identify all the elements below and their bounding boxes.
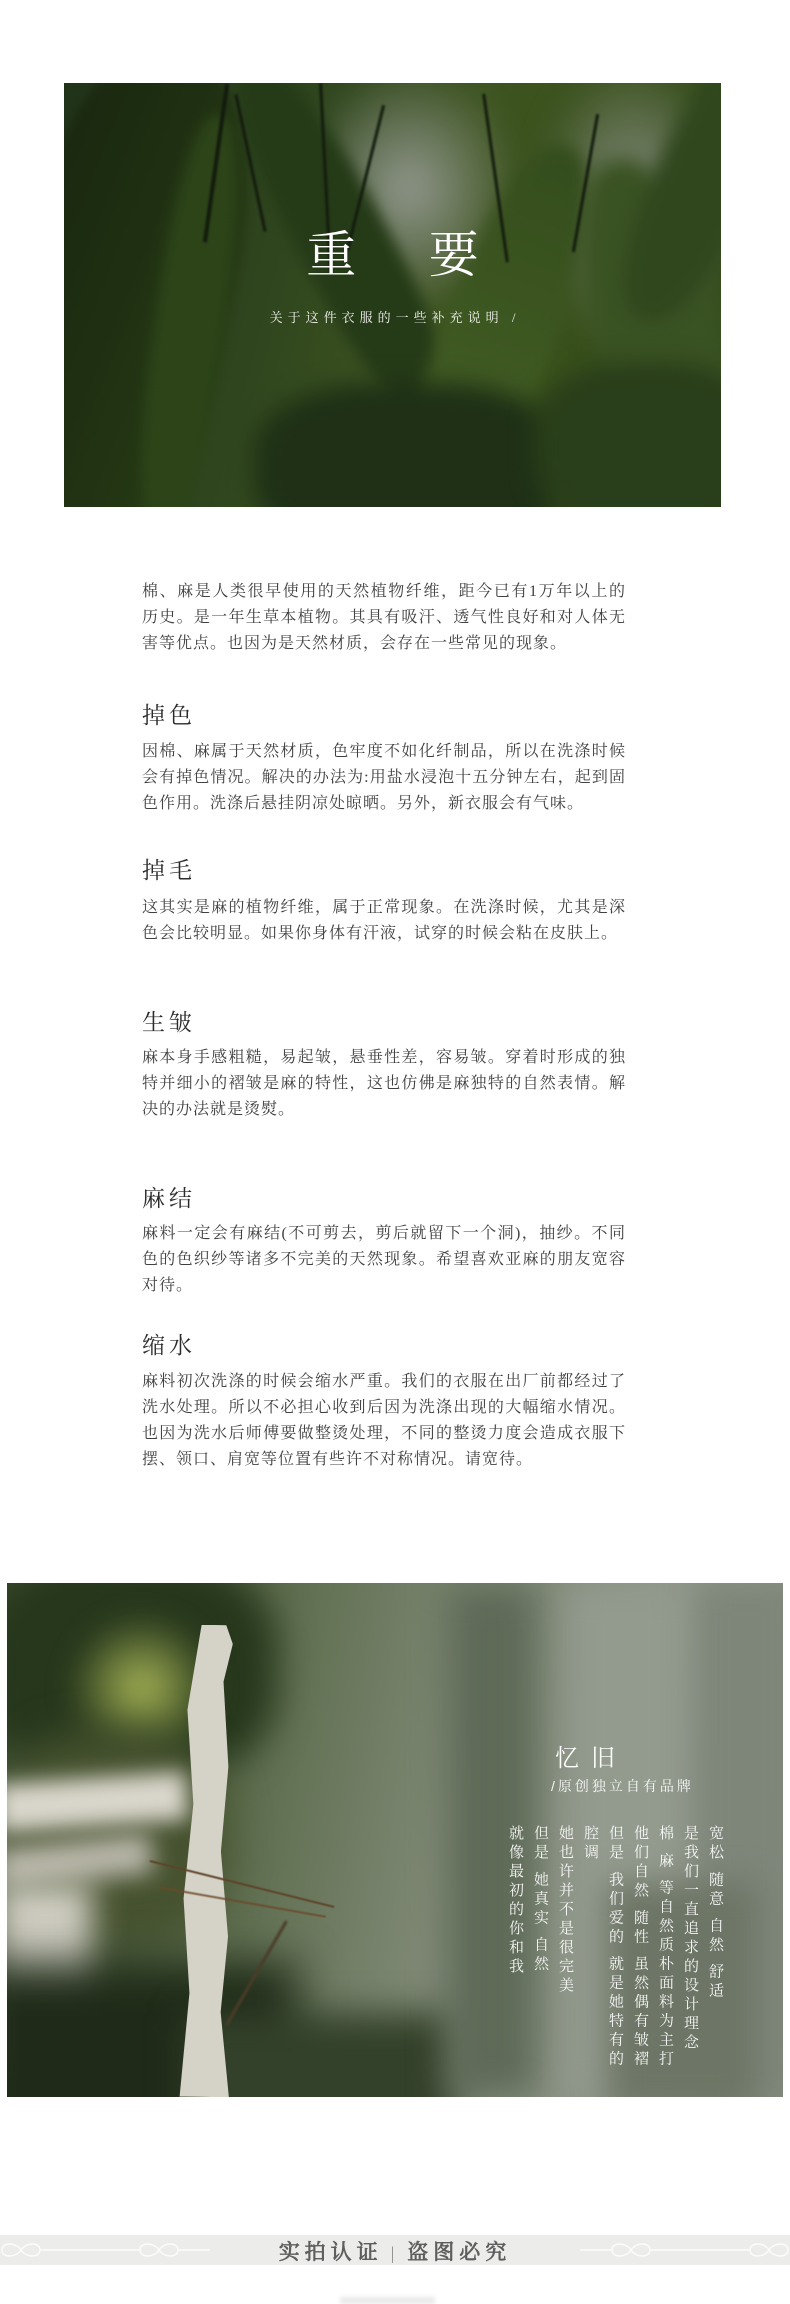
section-body-slub: 麻料一定会有麻结(不可剪去，剪后就留下一个洞)，抽纱。不同色的色织纱等诸多不完美… (142, 1221, 626, 1299)
footer-notice: 实拍认证|盗图必究 (0, 2236, 790, 2266)
section-heading-shrink: 缩水 (142, 1333, 196, 1358)
hero-dark-overlay (64, 83, 721, 507)
vertical-line: 但是 我们爱的 就是她特有的腔调 (578, 1825, 628, 2085)
vertical-line: 是我们一直追求的设计理念 (678, 1825, 703, 2085)
footer-notice-left: 实拍认证 (279, 2240, 383, 2264)
section-heading-wrinkle: 生皱 (142, 1010, 196, 1035)
vertical-line: 就像最初的你和我 (503, 1825, 528, 2085)
brand-tagline: /原创独立自有品牌 (551, 1776, 694, 1796)
footer-separator: | (383, 2243, 408, 2263)
footer-notice-right: 盗图必究 (407, 2240, 511, 2264)
product-detail-page: 重 要 关于这件衣服的一些补充说明 / 棉、麻是人类很早使用的天然植物纤维，距今… (0, 0, 790, 2304)
brand-vertical-poem: 宽松 随意 自然 舒适 是我们一直追求的设计理念 棉 麻 等自然质朴面料为主打 … (503, 1825, 728, 2085)
brand-photo-fencepost: 忆旧 /原创独立自有品牌 宽松 随意 自然 舒适 是我们一直追求的设计理念 棉 … (7, 1583, 783, 2097)
vertical-line: 宽松 随意 自然 舒适 (703, 1825, 728, 2085)
section-body-wrinkle: 麻本身手感粗糙，易起皱，悬垂性差，容易皱。穿着时形成的独特并细小的褶皱是麻的特性… (142, 1045, 626, 1123)
section-body-fading: 因棉、麻属于天然材质，色牢度不如化纤制品，所以在洗涤时候会有掉色情况。解决的办法… (142, 739, 626, 817)
vertical-line: 他们自然 随性 虽然偶有皱褶 (628, 1825, 653, 2085)
vertical-line: 但是 她真实 自然 (528, 1825, 553, 2085)
section-heading-slub: 麻结 (142, 1186, 196, 1211)
section-heading-lint: 掉毛 (142, 858, 196, 883)
brand-logo: 忆旧 (555, 1738, 627, 1773)
hero-title: 重 要 (64, 228, 721, 283)
vertical-line: 她也许并不是很完美 (553, 1825, 578, 2085)
section-body-lint: 这其实是麻的植物纤维，属于正常现象。在洗涤时候，尤其是深色会比较明显。如果你身体… (142, 895, 626, 947)
hero-subtitle: 关于这件衣服的一些补充说明 / (64, 307, 721, 326)
intro-paragraph: 棉、麻是人类很早使用的天然植物纤维，距今已有1万年以上的历史。是一年生草本植物。… (142, 579, 626, 657)
section-heading-fading: 掉色 (142, 703, 196, 728)
cutoff-text-hint (340, 2297, 435, 2304)
section-body-shrink: 麻料初次洗涤的时候会缩水严重。我们的衣服在出厂前都经过了洗水处理。所以不必担心收… (142, 1369, 626, 1473)
hero-photo-cornfield: 重 要 关于这件衣服的一些补充说明 / (64, 83, 721, 507)
vertical-line: 棉 麻 等自然质朴面料为主打 (653, 1825, 678, 2085)
